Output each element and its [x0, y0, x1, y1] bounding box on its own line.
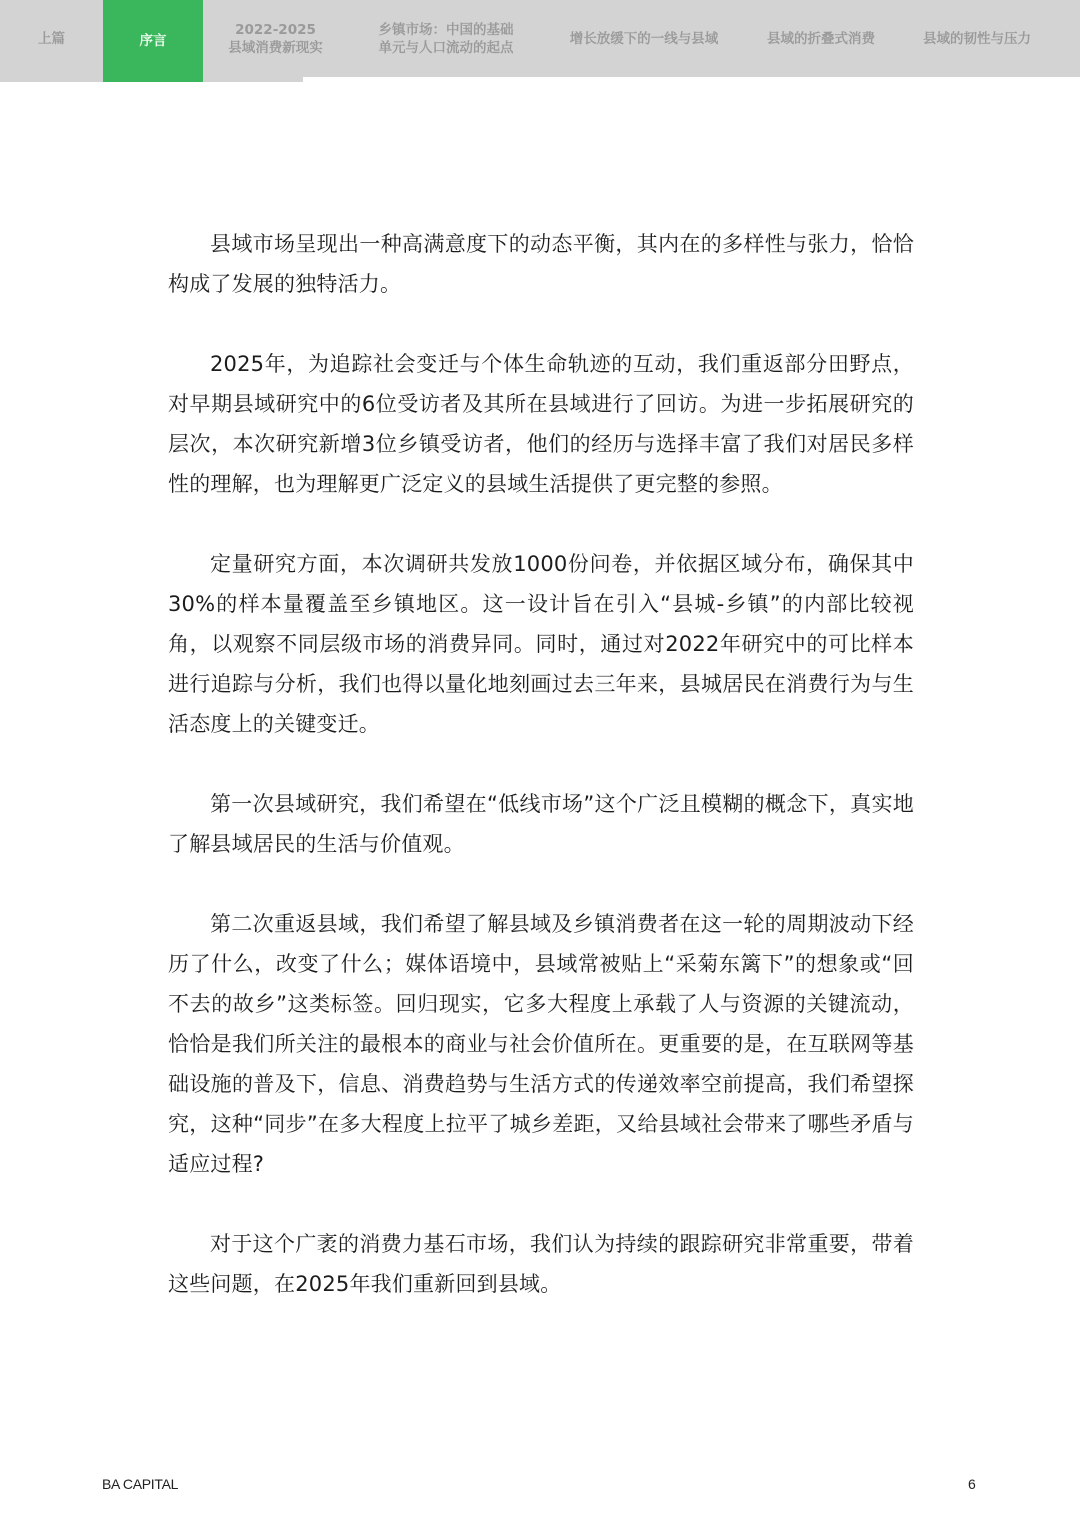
- preface-body: 县域市场呈现出一种高满意度下的动态平衡，其内在的多样性与张力，恰恰构成了发展的独…: [168, 224, 914, 1344]
- nav-tab-township-market[interactable]: 乡镇市场：中国的基础 单元与人口流动的起点: [348, 0, 544, 77]
- paragraph-quantitative-research: 定量研究方面，本次调研共发放1000份问卷，并依据区域分布，确保其中30%的样本…: [168, 544, 914, 744]
- nav-tab-label: 增长放缓下的一线与县域: [570, 30, 719, 48]
- nav-tab-label-line1: 2022-2025: [235, 21, 316, 39]
- nav-tab-label: 上篇: [38, 30, 65, 48]
- nav-tab-label-line2: 单元与人口流动的起点: [379, 39, 514, 57]
- paragraph-conclusion: 对于这个广袤的消费力基石市场，我们认为持续的跟踪研究非常重要，带着这些问题，在2…: [168, 1224, 914, 1304]
- nav-tab-label-line2: 县域消费新现实: [228, 39, 323, 57]
- nav-tab-label: 序言: [140, 32, 167, 50]
- nav-tab-2022-2025-new-reality[interactable]: 2022-2025 县域消费新现实: [203, 0, 348, 77]
- nav-tab-resilience-pressure[interactable]: 县域的韧性与压力: [898, 0, 1056, 77]
- nav-tab-label: 县域的折叠式消费: [767, 30, 875, 48]
- nav-tab-label-line1: 乡镇市场：中国的基础: [379, 21, 514, 39]
- footer-brand: BA CAPITAL: [102, 1476, 178, 1492]
- paragraph-first-study: 第一次县域研究，我们希望在“低线市场”这个广泛且模糊的概念下，真实地了解县域居民…: [168, 784, 914, 864]
- nav-tab-preface[interactable]: 序言: [103, 0, 203, 82]
- nav-tab-label: 县域的韧性与压力: [923, 30, 1031, 48]
- nav-tab-slowing-growth[interactable]: 增长放缓下的一线与县域: [544, 0, 744, 77]
- paragraph-dynamic-balance: 县域市场呈现出一种高满意度下的动态平衡，其内在的多样性与张力，恰恰构成了发展的独…: [168, 224, 914, 304]
- paragraph-second-study: 第二次重返县域，我们希望了解县域及乡镇消费者在这一轮的周期波动下经历了什么，改变…: [168, 904, 914, 1184]
- nav-tab-previous-part[interactable]: 上篇: [0, 0, 103, 77]
- page-number: 6: [968, 1476, 976, 1492]
- nav-tab-folded-consumption[interactable]: 县域的折叠式消费: [744, 0, 898, 77]
- paragraph-field-revisit: 2025年，为追踪社会变迁与个体生命轨迹的互动，我们重返部分田野点，对早期县域研…: [168, 344, 914, 504]
